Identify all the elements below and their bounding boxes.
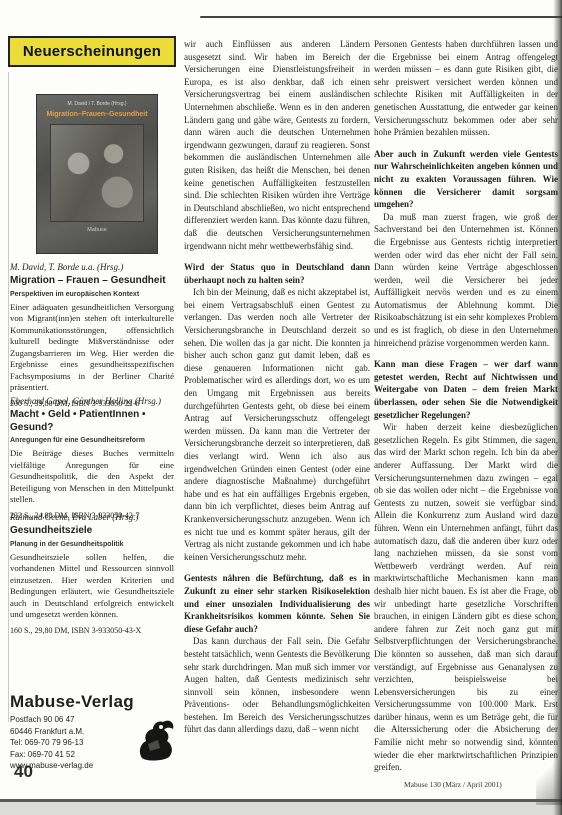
book-description: Die Beiträge dieses Buches vermitteln vi…	[10, 448, 174, 505]
interview-question: Aber auch in Zukunft werden viele Gentes…	[374, 148, 558, 211]
scan-bottom-strip	[0, 802, 562, 815]
interview-question: Wird der Status quo in Deutschland dann …	[184, 261, 370, 286]
article-paragraph: wir auch Einflüssen aus anderen Ländern …	[184, 38, 370, 252]
interview-question: Kann man diese Fragen – wer darf wann ge…	[374, 358, 558, 421]
book-title: Gesundheitsziele	[10, 525, 174, 538]
sidebar-rule	[8, 72, 9, 722]
book-entry: M. David, T. Borde u.a. (Hrsg.) Migratio…	[10, 262, 174, 408]
issue-label: Mabuse 130 (März / April 2001)	[404, 780, 502, 789]
book-entry: Raimund Geene, Eva Luber (Hrsg.) Gesundh…	[10, 512, 174, 635]
page-number: 40	[14, 762, 33, 782]
book-cover-authors: M. David / T. Borde (Hrsg.)	[67, 101, 126, 108]
book-authors: Eberhard Gapel, Günther Holling (Hrsg.)	[10, 396, 174, 407]
book-subtitle: Perspektiven im europäischen Kontext	[10, 290, 174, 299]
book-title: Migration – Frauen – Gesundheit	[10, 275, 174, 288]
book-description: Einer adäquaten gesundheitlichen Versorg…	[10, 302, 174, 394]
sidebar-header-box: Neuerscheinungen	[8, 36, 176, 67]
mabuse-logo-icon	[134, 714, 176, 767]
book-entry: Eberhard Gapel, Günther Holling (Hrsg.) …	[10, 396, 174, 520]
sidebar-header-label: Neuerscheinungen	[23, 43, 161, 60]
interview-answer: Ich bin der Meinung, daß es nicht akzept…	[184, 286, 370, 563]
book-title: Macht • Geld • PatientInnen • Gesund?	[10, 409, 174, 434]
publisher-name: Mabuse-Verlag	[10, 692, 178, 712]
book-cover-photo	[50, 124, 144, 222]
book-cover-image: M. David / T. Borde (Hrsg.) Migration–Fr…	[36, 94, 158, 254]
article-column-left: wir auch Einflüssen aus anderen Ländern …	[184, 38, 370, 780]
book-cover-publisher: Mabuse	[87, 227, 107, 233]
book-cover-title: Migration–Frauen–Gesundheit	[46, 111, 147, 118]
scan-top-line	[200, 16, 562, 18]
scan-edge-shadow	[553, 0, 562, 815]
interview-answer: Da muß man zuerst fragen, wie groß der S…	[374, 211, 558, 350]
magazine-page: Neuerscheinungen M. David / T. Borde (Hr…	[0, 0, 562, 815]
book-details: 160 S., 29,80 DM, ISBN 3-933050-43-X	[10, 626, 174, 635]
article-column-right: Personen Gentests haben durchführen lass…	[374, 38, 558, 780]
book-subtitle: Planung in der Gesundheitspolitik	[10, 540, 174, 549]
book-subtitle: Anregungen für eine Gesundheitsreform	[10, 436, 174, 445]
interview-answer: Das kann durchaus der Fall sein. Die Gef…	[184, 635, 370, 736]
interview-question: Gentests nähren die Befürchtung, daß es …	[184, 572, 370, 635]
interview-answer: Wir haben derzeit keine diesbezüglichen …	[374, 421, 558, 774]
publisher-block: Mabuse-Verlag Postfach 90 06 47 60446 Fr…	[10, 692, 178, 772]
book-authors: M. David, T. Borde u.a. (Hrsg.)	[10, 262, 174, 273]
book-authors: Raimund Geene, Eva Luber (Hrsg.)	[10, 512, 174, 523]
article-paragraph: Personen Gentests haben durchführen lass…	[374, 38, 558, 139]
book-description: Gesundheitsziele sollen helfen, die vorh…	[10, 552, 174, 621]
